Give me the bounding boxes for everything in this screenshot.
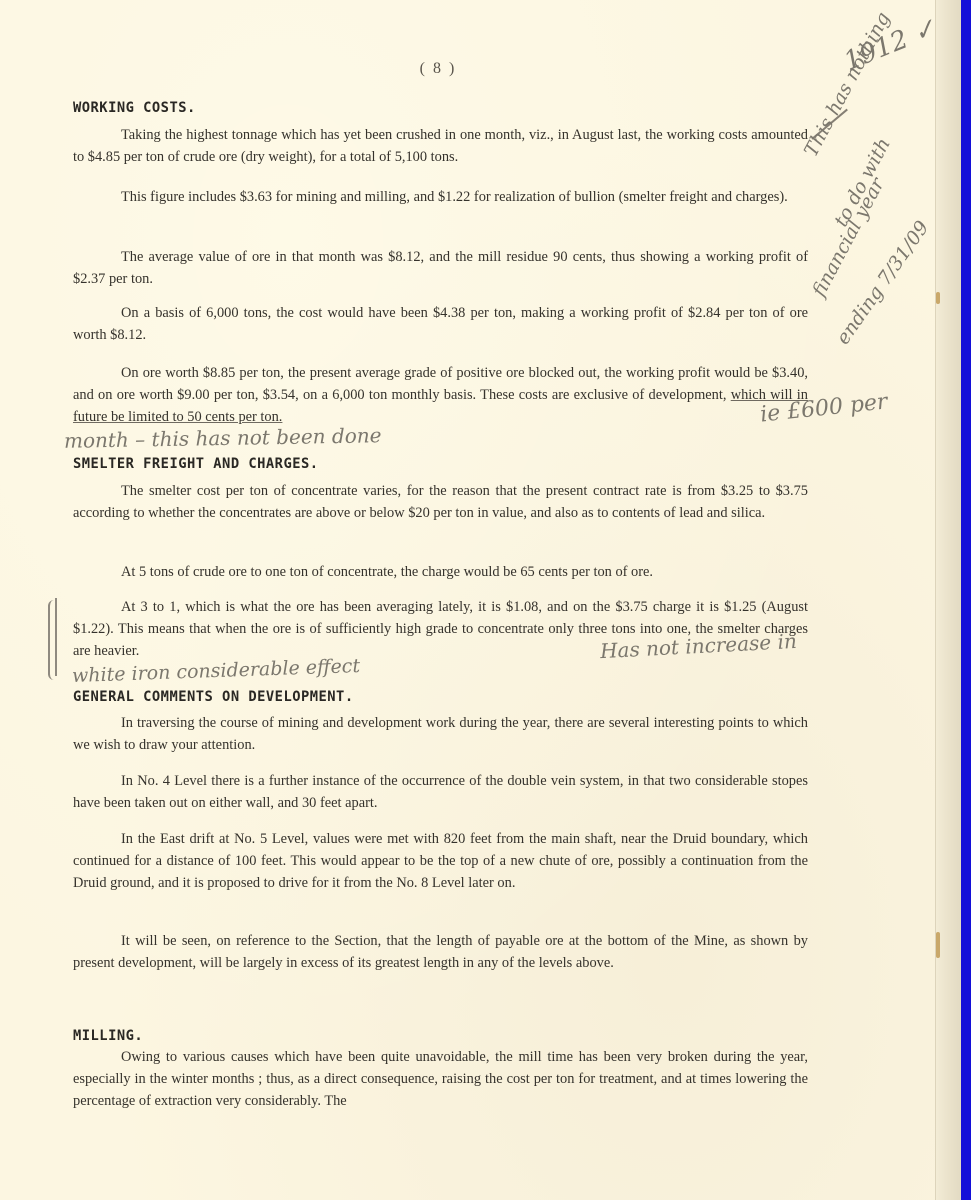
paragraph: On a basis of 6,000 tons, the cost would… [73,302,808,346]
paragraph: It will be seen, on reference to the Sec… [73,930,808,974]
section-heading-general-comments: GENERAL COMMENTS ON DEVELOPMENT. [73,689,354,705]
paragraph-text: On ore worth $8.85 per ton, the present … [73,365,808,403]
handwritten-bracket [55,598,61,676]
section-heading-milling: MILLING. [73,1028,143,1044]
paragraph: The smelter cost per ton of concentrate … [73,480,808,524]
section-heading-smelter-freight: SMELTER FREIGHT AND CHARGES. [73,456,319,472]
paragraph: This figure includes $3.63 for mining an… [73,186,808,208]
staple-mark [936,932,940,958]
staple-mark [936,292,940,304]
section-heading-working-costs: WORKING COSTS. [73,100,196,116]
paragraph: In No. 4 Level there is a further instan… [73,770,808,814]
paragraph: The average value of ore in that month w… [73,246,808,290]
paragraph: On ore worth $8.85 per ton, the present … [73,362,808,428]
handwritten-development-note: month – this has not been done [64,423,382,453]
paragraph: Owing to various causes which have been … [73,1046,808,1112]
page-fold-shadow [935,0,961,1200]
document-page: ( 8 ) WORKING COSTS. Taking the highest … [0,0,960,1200]
paragraph: In the East drift at No. 5 Level, values… [73,828,808,894]
paragraph: At 5 tons of crude ore to one ton of con… [73,561,808,583]
page-number: ( 8 ) [408,60,468,78]
paragraph: In traversing the course of mining and d… [73,712,808,756]
paragraph: Taking the highest tonnage which has yet… [73,124,808,168]
